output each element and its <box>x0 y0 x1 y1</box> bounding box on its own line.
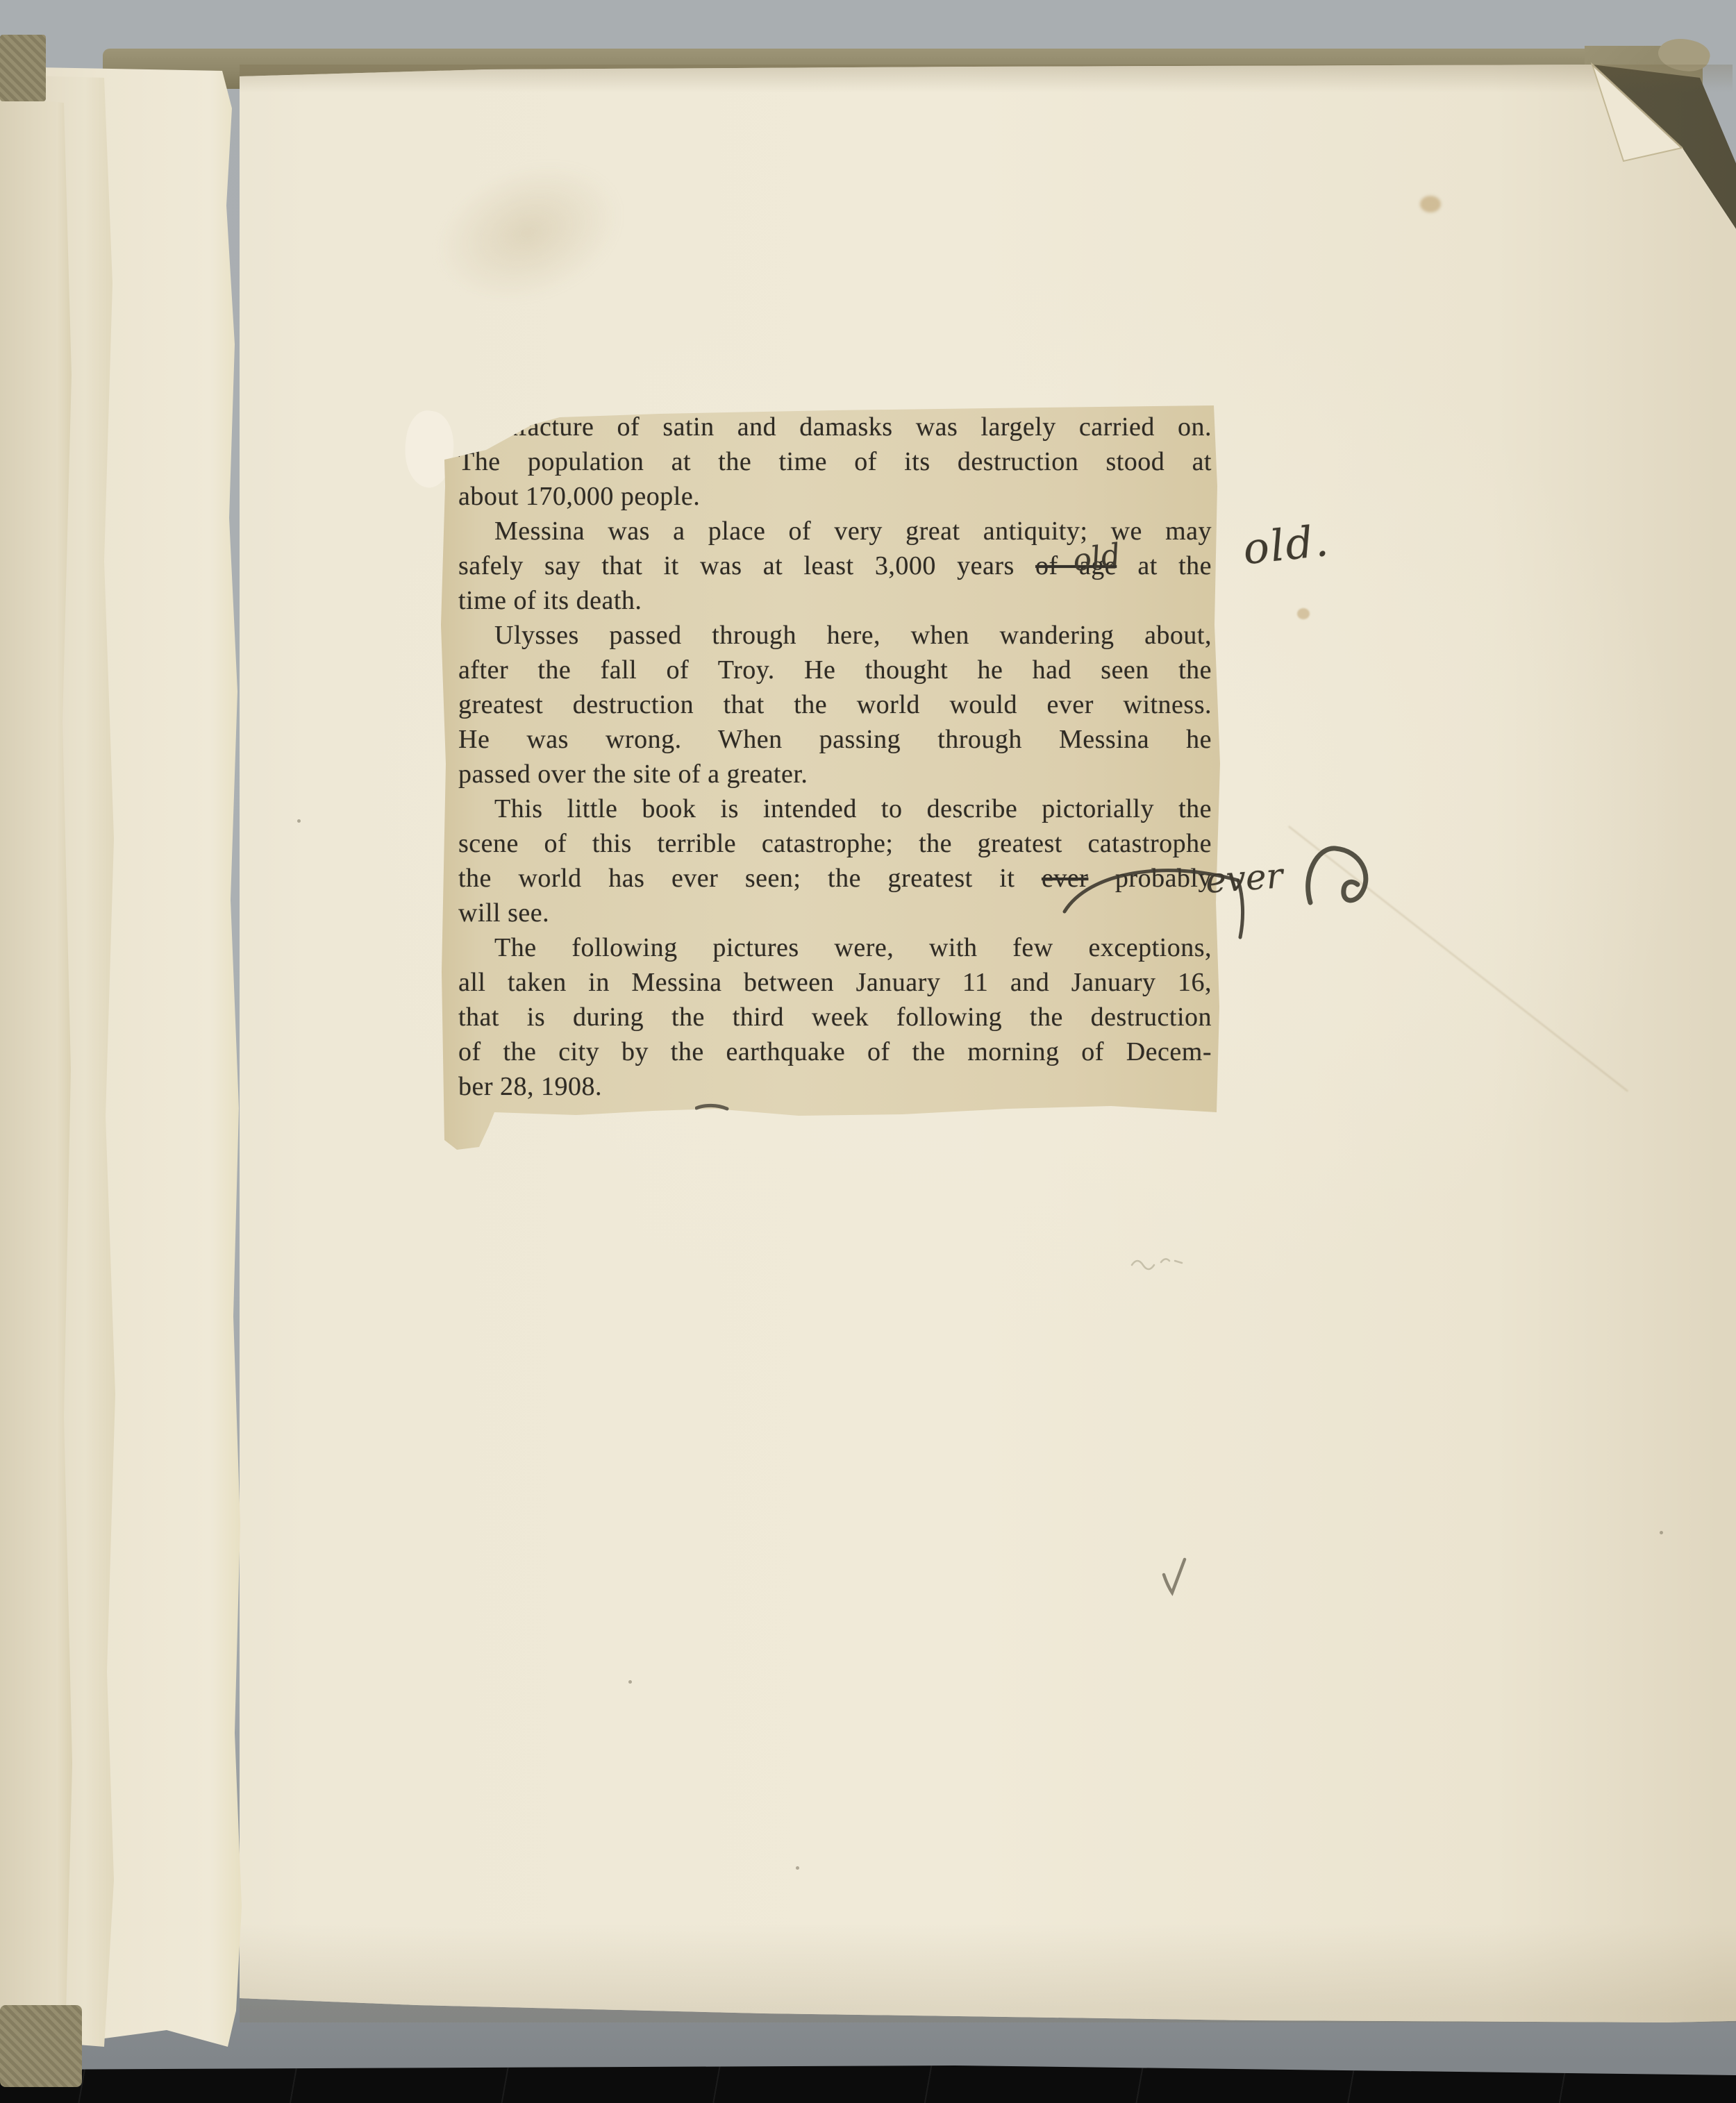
clipping-text-segment: The population at the time of its destru… <box>458 447 1212 476</box>
transpose-curve-mark-icon <box>1061 860 1269 950</box>
clipping-line: that is during the third week following … <box>458 1000 1212 1034</box>
clipping-line: The population at the time of its destru… <box>458 444 1212 479</box>
clipping-text-segment: greatest destruction that the world woul… <box>458 690 1212 719</box>
clipping-text-segment: safely say that it was at least 3,000 ye… <box>458 551 1035 580</box>
speck <box>297 819 301 823</box>
clipping-line: after the fall of Troy. He thought he ha… <box>458 653 1212 687</box>
binding-cloth-bottom-left <box>0 2005 82 2087</box>
handwritten-margin-old: old. <box>1241 515 1333 575</box>
page-top-shading <box>240 65 1733 92</box>
folded-corner-flap <box>1583 59 1701 177</box>
cut-off-letter-fragment <box>695 1103 730 1112</box>
clipping-text-segment: the world has ever seen; the greatest it <box>458 864 1042 893</box>
check-mark-icon <box>1158 1554 1196 1599</box>
clipping-line: greatest destruction that the world woul… <box>458 687 1212 722</box>
clipping-text-segment: passed over the site of a greater. <box>458 760 808 789</box>
stain <box>1420 196 1441 212</box>
clipping-text-segment: He was wrong. When passing through Messi… <box>458 725 1212 754</box>
clipping-line: scene of this terrible catastrophe; the … <box>458 826 1212 861</box>
clipping-text-segment: at the <box>1117 551 1212 580</box>
clipping-line: of the city by the earthquake of the mor… <box>458 1034 1212 1069</box>
page-bottom-shading <box>240 1923 1736 2022</box>
clipping-text-segment: that is during the third week following … <box>458 1003 1212 1032</box>
clipping-text-segment: about 170,000 people. <box>458 482 700 511</box>
clipping-line: Ulysses passed through here, when wander… <box>458 618 1212 653</box>
scanned-album-page: manufacture of satin and damasks was lar… <box>0 0 1736 2103</box>
clipping-text-segment: nufacture of satin and damasks was large… <box>491 412 1212 442</box>
handwritten-insertion-old: old <box>1071 537 1123 578</box>
scan-black-bar <box>0 2066 1736 2103</box>
pencil-scribble-icon <box>1128 1250 1198 1277</box>
clipping-text-segment: ber 28, 1908. <box>458 1072 602 1101</box>
clipping-text-segment: Ulysses passed through here, when wander… <box>494 621 1212 650</box>
clipping-line: about 170,000 people. <box>458 479 1212 514</box>
clipping-line: He was wrong. When passing through Messi… <box>458 722 1212 757</box>
clipping-text-segment: time of its death. <box>458 586 642 615</box>
clipping-text-segment: all taken in Messina between January 11 … <box>458 968 1212 997</box>
clipping-text-segment: of the city by the earthquake of the mor… <box>458 1037 1212 1066</box>
pasted-printed-clipping: manufacture of satin and damasks was lar… <box>435 403 1226 1180</box>
clipping-line: ber 28, 1908. <box>458 1069 1212 1104</box>
clipping-line: all taken in Messina between January 11 … <box>458 965 1212 1000</box>
binding-cloth-top-left <box>0 35 46 101</box>
dele-loop-mark-icon <box>1302 841 1378 914</box>
clipping-line: passed over the site of a greater. <box>458 757 1212 791</box>
clipping-text-segment: scene of this terrible catastrophe; the … <box>458 829 1212 858</box>
clipping-line: This little book is intended to describe… <box>458 791 1212 826</box>
clipping-text-segment: will see. <box>458 898 549 928</box>
speck <box>1660 1531 1663 1534</box>
clipping-text: manufacture of satin and damasks was lar… <box>458 410 1212 1104</box>
clipping-line: time of its death. <box>458 583 1212 618</box>
torn-page-stub-inner <box>0 97 76 2061</box>
stain <box>1297 608 1310 619</box>
clipping-text-segment: after the fall of Troy. He thought he ha… <box>458 655 1212 685</box>
speck <box>796 1866 799 1870</box>
speck <box>628 1680 632 1684</box>
clipping-text-segment: This little book is intended to describe… <box>494 794 1212 823</box>
